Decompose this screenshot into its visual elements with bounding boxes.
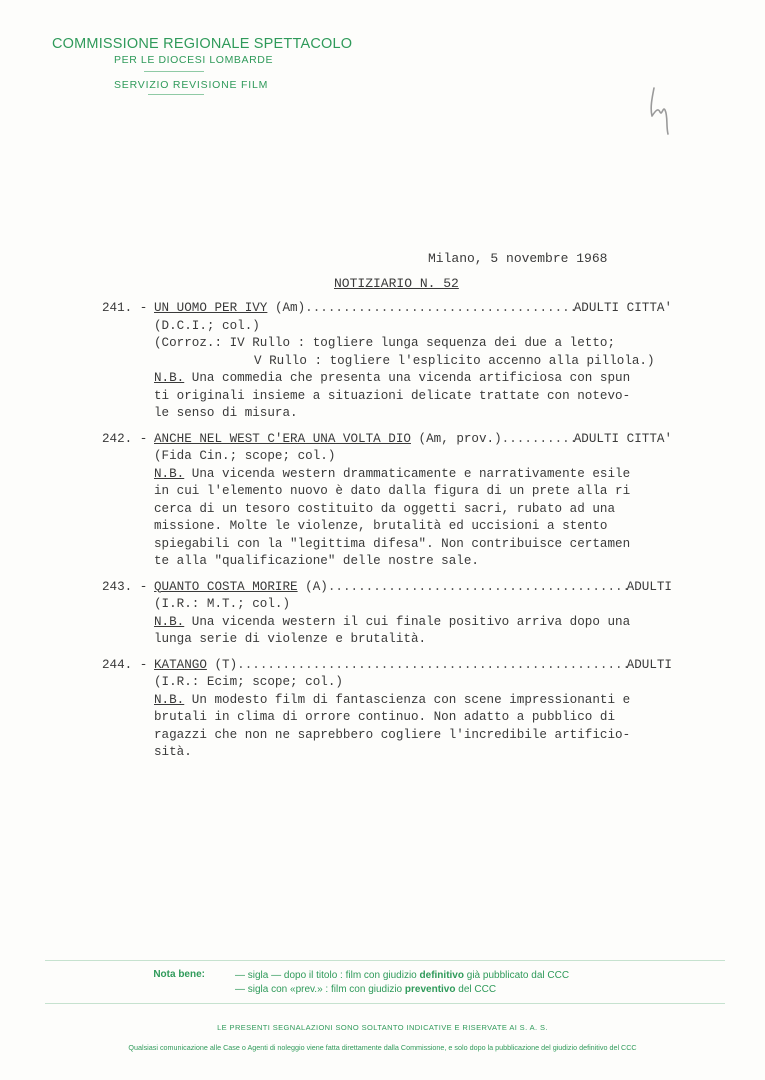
footer-divider	[45, 1003, 725, 1004]
entry-number: 242. -	[102, 431, 154, 449]
film-details: (D.C.I.; col.)	[154, 318, 672, 336]
legend-bold: preventivo	[405, 984, 456, 995]
film-entry: 243. - QUANTO COSTA MORIRE (A) .........…	[102, 579, 672, 649]
film-details: (Fida Cin.; scope; col.)	[154, 448, 672, 466]
film-origin: (A)	[305, 579, 328, 597]
nb-text: le senso di misura.	[154, 405, 672, 423]
dot-leader: ........................................…	[305, 300, 574, 318]
nb-label: N.B.	[154, 615, 184, 629]
document-date: Milano, 5 novembre 1968	[428, 251, 607, 266]
entry-number: 243. -	[102, 579, 154, 597]
film-title: UN UOMO PER IVY	[154, 300, 267, 318]
legend-line-preventive: — sigla con «prev.» : film con giudizio …	[235, 983, 569, 997]
document-heading: NOTIZIARIO N. 52	[334, 276, 459, 291]
nb-text: cerca di un tesoro costituito da oggetti…	[154, 501, 672, 519]
film-entry: 242. - ANCHE NEL WEST C'ERA UNA VOLTA DI…	[102, 431, 672, 571]
film-origin: (Am)	[275, 300, 305, 318]
nb-label: N.B.	[154, 371, 184, 385]
entry-number: 241. -	[102, 300, 154, 318]
nb-text: ragazzi che non ne saprebbero cogliere l…	[154, 727, 672, 745]
film-title: KATANGO	[154, 657, 207, 675]
film-details: (I.R.: Ecim; scope; col.)	[154, 674, 672, 692]
nb-text: missione. Molte le violenze, brutalità e…	[154, 518, 672, 536]
letterhead: COMMISSIONE REGIONALE SPETTACOLO PER LE …	[52, 36, 342, 95]
nb-text: in cui l'elemento nuovo è dato dalla fig…	[154, 483, 672, 501]
letterhead-underline	[148, 94, 204, 95]
nb-label: N.B.	[154, 467, 184, 481]
film-correction: V Rullo : togliere l'esplicito accenno a…	[254, 353, 672, 371]
legend-text: già pubblicato dal CCC	[464, 970, 569, 981]
legend-text: — sigla con «prev.» : film con giudizio	[235, 984, 405, 995]
dot-leader: ........................................…	[328, 579, 627, 597]
disclaimer-note: Qualsiasi comunicazione alle Case o Agen…	[0, 1043, 765, 1052]
film-rating: ADULTI	[627, 657, 672, 675]
letterhead-subtitle: PER LE DIOCESI LOMBARDE	[114, 54, 342, 66]
footer-divider	[45, 960, 725, 961]
film-rating: ADULTI	[627, 579, 672, 597]
nb-label: N.B.	[154, 693, 184, 707]
letterhead-title: COMMISSIONE REGIONALE SPETTACOLO	[52, 36, 342, 52]
film-origin: (T)	[214, 657, 237, 675]
film-entry: 244. - KATANGO (T) .....................…	[102, 657, 672, 762]
nb-text: Una vicenda western drammaticamente e na…	[192, 467, 630, 481]
nb-text: spiegabili con la "legittima difesa". No…	[154, 536, 672, 554]
film-origin: (Am, prov.)	[419, 431, 502, 449]
film-rating: ADULTI CITTA'	[574, 431, 672, 449]
legend-text: — sigla — dopo il titolo : film con giud…	[235, 970, 420, 981]
handwritten-initials-icon	[648, 86, 674, 136]
film-rating: ADULTI CITTA'	[574, 300, 672, 318]
nb-text: sità.	[154, 744, 672, 762]
dot-leader: ........................................…	[237, 657, 626, 675]
film-correction: (Corroz.: IV Rullo : togliere lunga sequ…	[154, 335, 672, 353]
letterhead-service: SERVIZIO REVISIONE FILM	[114, 79, 342, 91]
letterhead-divider	[144, 71, 204, 72]
footer-legend: Nota bene: — sigla — dopo il titolo : fi…	[45, 960, 725, 1004]
legend-line-definitive: — sigla — dopo il titolo : film con giud…	[235, 969, 569, 983]
nb-text: ti originali insieme a situazioni delica…	[154, 388, 672, 406]
nb-text: te alla "qualificazione" delle nostre sa…	[154, 553, 672, 571]
nb-text: Una vicenda western il cui finale positi…	[192, 615, 630, 629]
film-entry: 241. - UN UOMO PER IVY (Am) ............…	[102, 300, 672, 423]
nb-text: Una commedia che presenta una vicenda ar…	[192, 371, 630, 385]
legend-text: del CCC	[455, 984, 496, 995]
entry-number: 244. -	[102, 657, 154, 675]
disclaimer: LE PRESENTI SEGNALAZIONI SONO SOLTANTO I…	[0, 1023, 765, 1032]
legend-bold: definitivo	[420, 970, 464, 981]
nb-text: Un modesto film di fantascienza con scen…	[192, 693, 630, 707]
film-title: QUANTO COSTA MORIRE	[154, 579, 298, 597]
nb-text: brutali in clima di orrore continuo. Non…	[154, 709, 672, 727]
film-title: ANCHE NEL WEST C'ERA UNA VOLTA DIO	[154, 431, 411, 449]
nb-text: lunga serie di violenze e brutalità.	[154, 631, 672, 649]
nota-bene-label: Nota bene:	[45, 969, 235, 997]
film-list: 241. - UN UOMO PER IVY (Am) ............…	[102, 300, 672, 770]
dot-leader: ........................................…	[502, 431, 574, 449]
film-details: (I.R.: M.T.; col.)	[154, 596, 672, 614]
